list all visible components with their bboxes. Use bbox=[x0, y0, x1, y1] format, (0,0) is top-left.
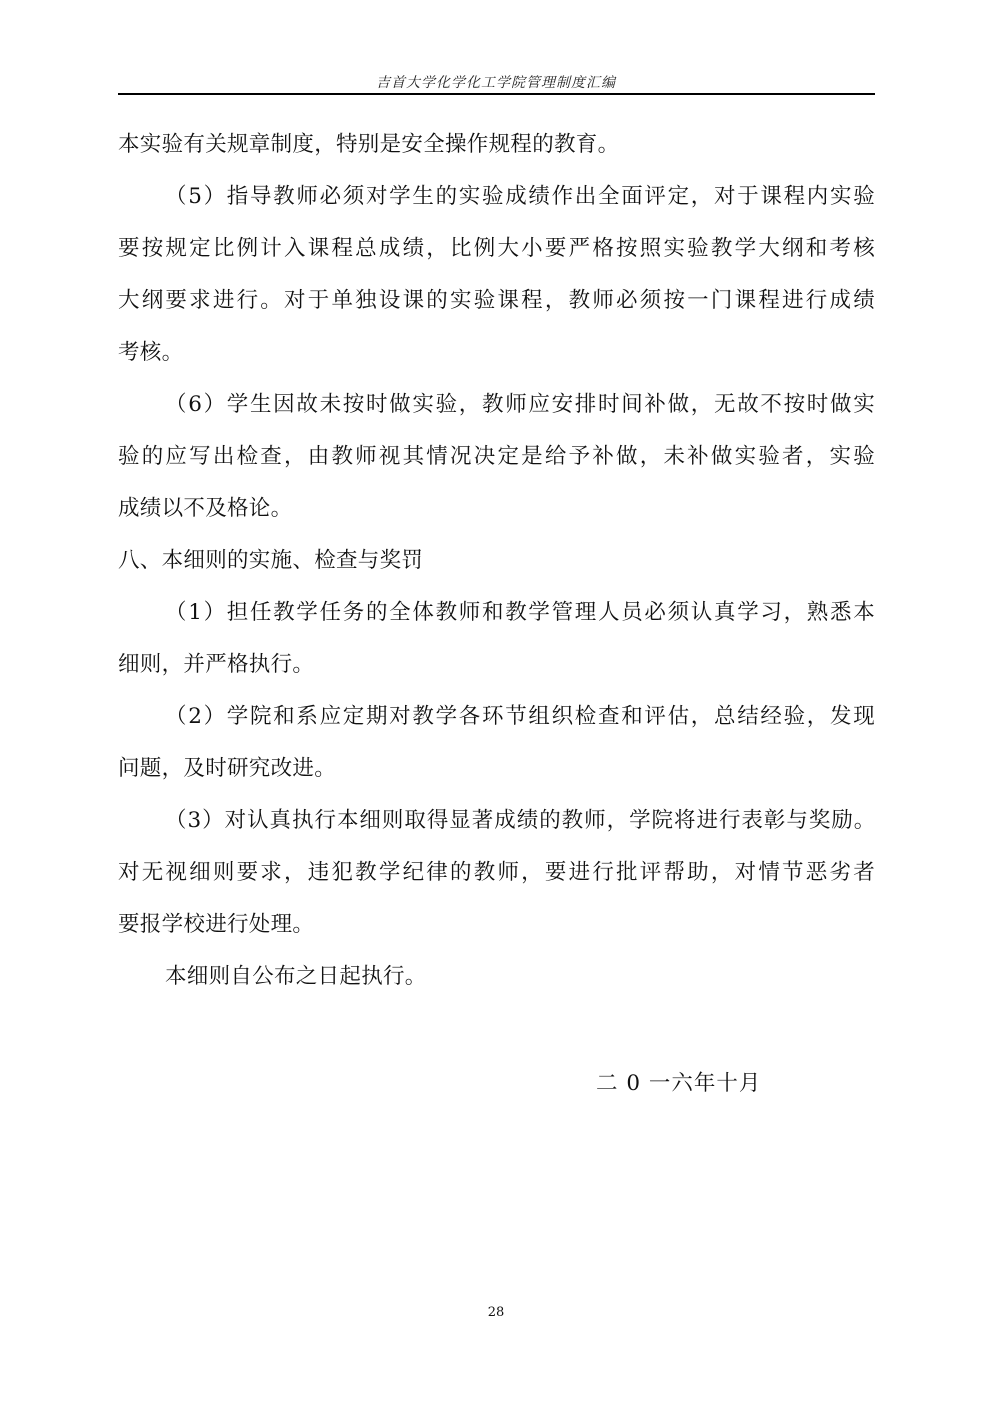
text-line: （1）担任教学任务的全体教师和教学管理人员必须认真学习，熟悉本 bbox=[165, 598, 875, 628]
text-line: （2）学院和系应定期对教学各环节组织检查和评估，总结经验，发现 bbox=[165, 702, 875, 732]
text-line: 要按规定比例计入课程总成绩，比例大小要严格按照实验教学大纲和考核 bbox=[118, 234, 875, 264]
text-line: 大纲要求进行。对于单独设课的实验课程，教师必须按一门课程进行成绩 bbox=[118, 286, 875, 316]
document-date: 二 0 一六年十月 bbox=[596, 1066, 761, 1097]
text-line: 本细则自公布之日起执行。 bbox=[165, 962, 875, 992]
text-line: 本实验有关规章制度，特别是安全操作规程的教育。 bbox=[118, 130, 875, 160]
section-heading: 八、本细则的实施、检查与奖罚 bbox=[118, 546, 875, 576]
text-line: 要报学校进行处理。 bbox=[118, 910, 875, 940]
page-number: 28 bbox=[0, 1305, 992, 1320]
text-line: 对无视细则要求，违犯教学纪律的教师，要进行批评帮助，对情节恶劣者 bbox=[118, 858, 875, 888]
text-line: （3）对认真执行本细则取得显著成绩的教师，学院将进行表彰与奖励。 bbox=[165, 806, 875, 836]
text-line: （6）学生因故未按时做实验，教师应安排时间补做，无故不按时做实 bbox=[165, 390, 875, 420]
text-line: 验的应写出检查，由教师视其情况决定是给予补做，未补做实验者，实验 bbox=[118, 442, 875, 472]
text-line: 成绩以不及格论。 bbox=[118, 494, 875, 524]
header-rule bbox=[118, 93, 875, 95]
page-header-title: 吉首大学化学化工学院管理制度汇编 bbox=[0, 72, 992, 92]
text-line: 考核。 bbox=[118, 338, 875, 368]
text-line: 细则，并严格执行。 bbox=[118, 650, 875, 680]
text-line: （5）指导教师必须对学生的实验成绩作出全面评定，对于课程内实验 bbox=[165, 182, 875, 212]
text-line: 问题，及时研究改进。 bbox=[118, 754, 875, 784]
